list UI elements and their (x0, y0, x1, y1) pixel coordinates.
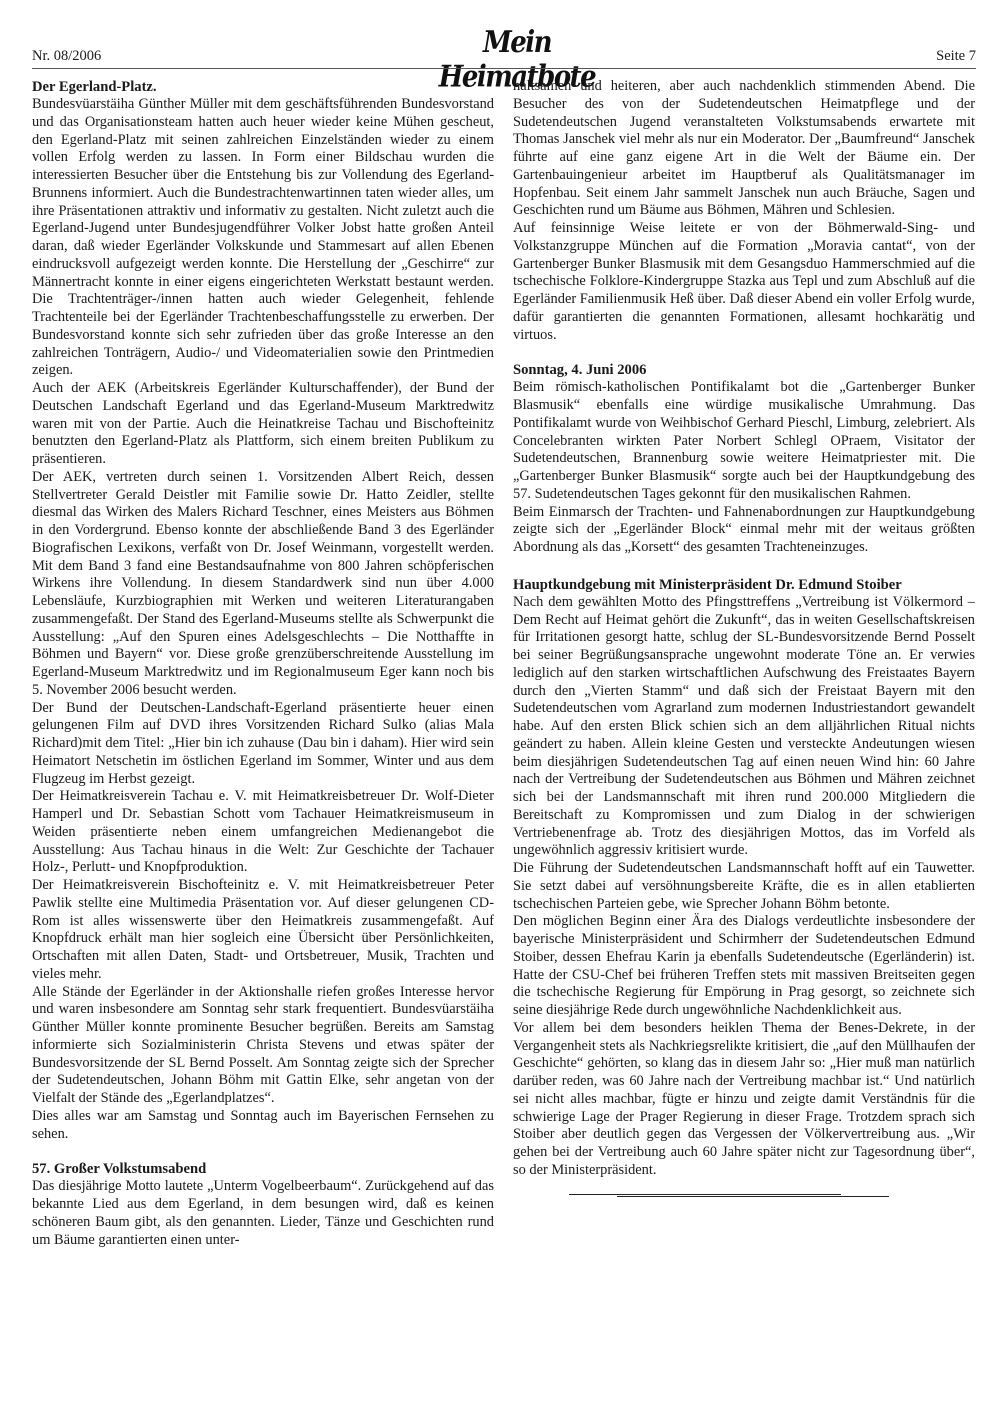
paragraph: Der Heimatkreisverein Tachau e. V. mit H… (32, 788, 494, 877)
paragraph: Die Führung der Sudetendeutschen Landsma… (513, 860, 975, 913)
left-column: Der Egerland-Platz. Bundesvüarstäiha Gün… (32, 78, 494, 1249)
end-rule-line (617, 1196, 889, 1197)
paragraph: Nach dem gewählten Motto des Pfingsttref… (513, 594, 975, 860)
paragraph: Das diesjährige Motto lautete „Unterm Vo… (32, 1178, 494, 1249)
paragraph: Auf feinsinnige Weise leitete er von der… (513, 220, 975, 344)
section-heading-sonntag: Sonntag, 4. Juni 2006 (513, 361, 975, 379)
section-heading-egerland-platz: Der Egerland-Platz. (32, 78, 494, 96)
right-column: haltsamen und heiteren, aber auch nachde… (513, 78, 975, 1202)
paragraph: Beim Einmarsch der Trachten- und Fahnena… (513, 504, 975, 557)
spacer (32, 1143, 494, 1160)
paragraph: Der Heimatkreisverein Bischofteinitz e. … (32, 877, 494, 984)
page-number: Seite 7 (936, 48, 976, 65)
section-heading-hauptkundgebung: Hauptkundgebung mit Ministerpräsident Dr… (513, 576, 975, 594)
paragraph: Vor allem bei dem besonders heiklen Them… (513, 1020, 975, 1180)
paragraph: Der Bund der Deutschen-Landschaft-Egerla… (32, 700, 494, 789)
section-heading-volkstumsabend: 57. Großer Volkstumsabend (32, 1160, 494, 1178)
paragraph: Bundesvüarstäiha Günther Müller mit dem … (32, 96, 494, 380)
spacer (513, 344, 975, 361)
paragraph: haltsamen und heiteren, aber auch nachde… (513, 78, 975, 220)
spacer (513, 557, 975, 576)
header-rule (32, 68, 976, 69)
paragraph: Beim römisch-katholischen Pontifikalamt … (513, 379, 975, 503)
end-rule-line (569, 1194, 841, 1195)
paragraph: Alle Stände der Egerländer in der Aktion… (32, 984, 494, 1108)
paragraph: Der AEK, vertreten durch seinen 1. Vorsi… (32, 469, 494, 700)
issue-number: Nr. 08/2006 (32, 48, 101, 65)
page-header: Nr. 08/2006 Mein Heimatbote Seite 7 (32, 38, 976, 70)
paragraph: Dies alles war am Samstag und Sonntag au… (32, 1108, 494, 1144)
article-end-rule (513, 1194, 975, 1202)
paragraph: Auch der AEK (Arbeitskreis Egerländer Ku… (32, 380, 494, 469)
paragraph: Den möglichen Beginn einer Ära des Dialo… (513, 913, 975, 1020)
